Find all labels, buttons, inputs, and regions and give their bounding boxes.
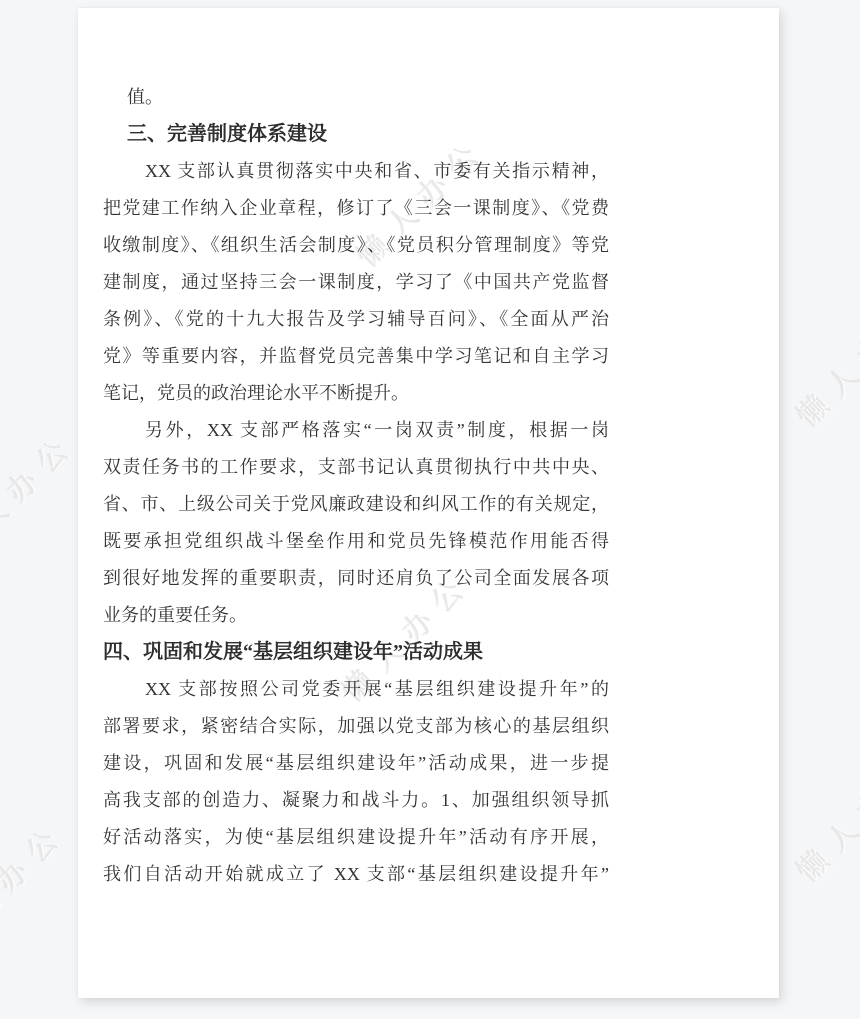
text-line: 条例》、《党的十九大报告及学习辅导百问》、《全面从严治 <box>103 301 609 338</box>
watermark-text: 懒人办公 <box>0 810 75 960</box>
watermark-text: 懒人办公 <box>785 740 860 890</box>
text-line: 笔记，党员的政治理论水平不断提升。 <box>103 375 609 412</box>
text-line: 高我支部的创造力、凝聚力和战斗力。1、加强组织领导抓 <box>103 782 609 819</box>
document-body: 值。三、完善制度体系建设XX 支部认真贯彻落实中央和省、市委有关指示精神，把党建… <box>103 79 609 893</box>
watermark-text: 懒人办公 <box>0 420 85 570</box>
text-line: 另外，XX 支部严格落实“一岗双责”制度，根据一岗 <box>103 412 609 449</box>
watermark-text: 懒人办公 <box>785 285 860 435</box>
text-line: 既要承担党组织战斗堡垒作用和党员先锋模范作用能否得 <box>103 523 609 560</box>
text-line: 值。 <box>127 79 609 116</box>
text-line: 部署要求，紧密结合实际，加强以党支部为核心的基层组织 <box>103 708 609 745</box>
text-line: XX 支部按照公司党委开展“基层组织建设提升年”的 <box>103 671 609 708</box>
text-line: 把党建工作纳入企业章程，修订了《三会一课制度》、《党费 <box>103 190 609 227</box>
section-heading: 三、完善制度体系建设 <box>127 116 609 153</box>
text-line: 党》等重要内容，并监督党员完善集中学习笔记和自主学习 <box>103 338 609 375</box>
text-line: 收缴制度》、《组织生活会制度》、《党员积分管理制度》等党 <box>103 227 609 264</box>
text-line: 我们自活动开始就成立了 XX 支部“基层组织建设提升年” <box>103 856 609 893</box>
document-preview: 懒人办公懒人办公懒人办公懒人办公懒人办公懒人办公 值。三、完善制度体系建设XX … <box>0 0 860 1019</box>
text-line: 好活动落实，为使“基层组织建设提升年”活动有序开展， <box>103 819 609 856</box>
text-line: 建制度，通过坚持三会一课制度，学习了《中国共产党监督 <box>103 264 609 301</box>
text-line: XX 支部认真贯彻落实中央和省、市委有关指示精神， <box>103 153 609 190</box>
text-line: 省、市、上级公司关于党风廉政建设和纠风工作的有关规定， <box>103 486 609 523</box>
text-line: 到很好地发挥的重要职责，同时还肩负了公司全面发展各项 <box>103 560 609 597</box>
section-heading: 四、巩固和发展“基层组织建设年”活动成果 <box>103 634 609 671</box>
text-line: 建设，巩固和发展“基层组织建设年”活动成果，进一步提 <box>103 745 609 782</box>
text-line: 双责任务书的工作要求，支部书记认真贯彻执行中共中央、 <box>103 449 609 486</box>
text-line: 业务的重要任务。 <box>103 597 609 634</box>
